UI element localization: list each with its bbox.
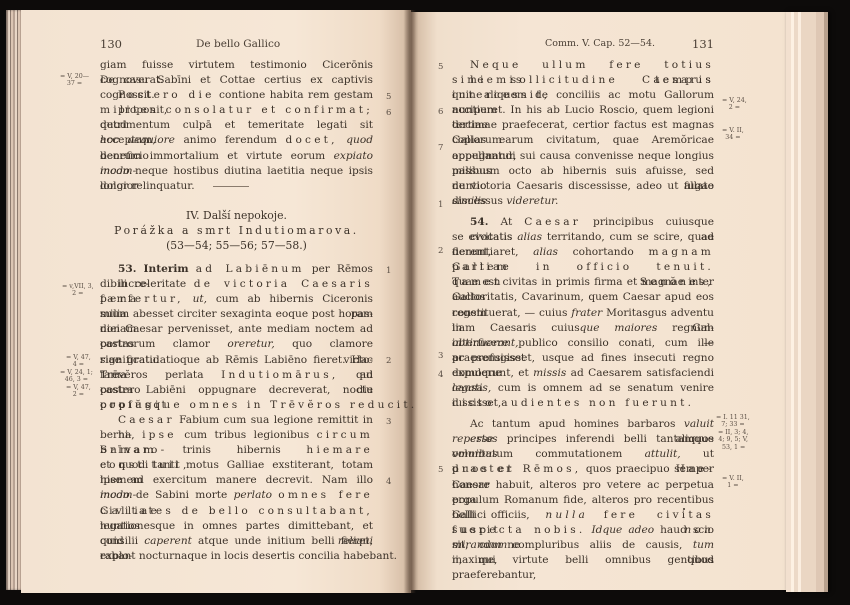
cross-reference: = II, 3; 4, 4; 9, 5; V, [718,429,748,443]
text-line: copias earum civitatum, quae Aremŏricae … [452,133,714,148]
section-heading-title: IV. Další nepokoje. [100,209,373,222]
line-number: 2 [438,246,443,256]
cross-reference: = V, 24, 1; 46, 3 = [60,369,93,383]
right-page-edges [786,12,828,592]
text-line: expulerunt, et missis ad Caesarem satisf… [452,366,714,381]
text-line: brīvam trinis hibernis hiemare constitui… [100,443,373,458]
left-text-bottom: 53. Interim ad Labiēnum per Rēmos incre-… [100,262,373,564]
text-line: legationesque in omnes partes dimitteban… [100,519,373,534]
text-line: consilii caperent atque unde initium bel… [100,534,373,549]
text-line: belli officiis, nulla fere civitas fueri… [452,508,714,523]
text-line: Trēvĕros perlata Indutiomārus, qui poste… [100,368,373,383]
text-line: castrorum clamor oreretur, quo clamore s… [100,337,373,352]
text-line: quin aliquem de conciliis ac motu Gallor… [452,88,714,103]
text-line: dibili celeritate de victoria Caesaris f… [100,277,373,292]
text-line: Ac tantum apud homines barbaros valuit e… [452,417,714,432]
ink-speck [683,508,685,510]
text-line: Postero die contione habita rem gestam p… [100,88,373,103]
section-divider [213,186,249,187]
line-number: 1 [438,200,443,210]
text-line: sine sollicitudine Caesaris intercessit, [452,73,714,88]
cross-reference: = I. 11 31, 7; 33 = [716,414,750,428]
text-line: Caesar habuit, alteros pro vetere ac per… [452,478,714,493]
text-line: constituerat, — cuius frater Moritasgus … [452,306,714,321]
cross-reference: = V, 24, 2 = [722,97,747,111]
text-line: sit, cum compluribus aliis de causis, tu… [452,538,714,553]
text-line: denuntiaret, alias cohortando magnam par… [452,245,714,260]
running-head-left: De bello Gallico [196,38,280,50]
text-line: passuum octo ab hibernis suis afuisse, s… [452,164,714,179]
text-line: et quod tanti motus Galliae exstiterant,… [100,458,373,473]
text-line: se evocatis alias territando, cum se sci… [452,230,714,245]
text-line: civitates de bello consultabant, nuntios [100,504,373,519]
text-line: repertos principes inferendi belli tanta… [452,432,714,447]
text-line: ac profugisset, usque ad fines insecuti … [452,351,714,366]
text-line: 54. At Caesar principibus cuiusque civit… [452,215,714,230]
page-number-right: 131 [692,37,714,51]
text-line: modo de Sabini morte perlato omnes fere … [100,488,373,503]
line-number: 5 [438,465,443,475]
text-line: riae gratulatioque ab Rēmis Labiēno fier… [100,353,373,368]
text-line: populum Romanum fide, alteros pro recent… [452,493,714,508]
text-line: perfertur, ut, cum ab hibernis Ciceronis… [100,292,373,307]
cross-reference: = v,VII, 3, 2 = [62,283,94,297]
line-number: 4 [438,370,443,380]
line-number: 4 [386,477,391,487]
text-line: discessus videretur. [452,194,714,209]
text-line: 53. Interim ad Labiēnum per Rēmos incre- [100,262,373,277]
text-line: De casu Sabīni et Cottae certius ex capt… [100,73,373,88]
book-gutter [404,10,416,593]
line-number: 7 [438,143,443,153]
left-text-top: giam fuisse virtutem testimonio Cicerōni… [100,58,373,194]
text-line: ii, qui virtute belli omnibus gentibus p… [452,553,714,568]
text-line: copiasque omnes in Trēvĕros reducit. [100,398,373,413]
text-line: modo neque hostibus diutina laetitia neq… [100,164,373,179]
text-line: Galliae in officio tenuit. Tamen Senŏnes… [452,260,714,275]
text-line: Neque ullum fere totius hiemis tempus [452,58,714,73]
line-number: 3 [386,417,391,427]
line-number: 5 [386,92,391,102]
left-page-edges [6,10,22,590]
text-line: interficere publico consilio conati, cum… [452,336,714,351]
text-line: Caesar Fabium cum sua legione remittit i… [100,413,373,428]
text-line: suspecta nobis. Idque adeo haud scio mir… [452,523,714,538]
text-line: legatis, cum is omnem ad se senatum veni… [452,381,714,396]
cross-reference: = V. II, 1 = [722,475,744,489]
line-number: 5 [438,62,443,72]
text-line: auctoritatis, Cavarinum, quem Caesar apu… [452,290,714,305]
text-line: voluntatum commutationem attulit, ut pra… [452,447,714,462]
text-line: castra Labiēni oppugnare decreverat, noc… [100,383,373,398]
text-line: rabant nocturnaque in locis desertis con… [100,549,373,564]
text-line: detrimentum culpā et temeritate legati s… [100,118,373,133]
text-line: decimae praefecerat, certior factus est … [452,118,714,133]
text-line: acciperet. In his ab Lucio Roscio, quem … [452,103,714,118]
text-line: dicto audientes non fuerunt. [452,396,714,411]
text-line: quae est civitas in primis firma et magn… [452,275,714,290]
line-number: 3 [438,351,443,361]
text-line: ipse ad exercitum manere decrevit. Nam i… [100,473,373,488]
text-line: oppugnandi sui causa convenisse neque lo… [452,149,714,164]
section-heading-chapters: (53—54; 55—56; 57—58.) [100,239,373,252]
text-line: liam Caesaris cuiusque maiores regnum ob… [452,321,714,336]
text-line: hoc aequiore animo ferendum docet, quod … [100,133,373,148]
text-line: suum abesset circiter sexaginta eoque po… [100,307,373,322]
section-heading-subtitle: Porážka a smrt Indutiomarova. [100,224,373,237]
cross-reference: 53, 1 = [722,444,745,451]
open-book: 130 De bello Gallico giam fuisse virtute… [0,0,850,605]
line-number: 6 [386,108,391,118]
text-line: de victoria Caesaris discessisse, adeo u… [452,179,714,194]
cross-reference: = V, 20— 37 = [60,73,89,87]
text-line: duos et Rēmos, quos praecipuo semper hon… [452,462,714,477]
text-line: giam fuisse virtutem testimonio Cicerōni… [100,58,373,73]
cross-reference: = V, 47, 2 = [66,384,91,398]
line-number: 2 [386,356,391,366]
text-line: milites consolatur et confirmat; quod [100,103,373,118]
running-head-right: Comm. V. Cap. 52—54. [545,38,655,49]
page-number-left: 130 [100,37,122,51]
cross-reference: = V. II, 34 = [722,127,744,141]
right-text: Neque ullum fere totius hiemis tempussin… [452,58,714,568]
cross-reference: = V, 47, 4 = [66,354,91,368]
line-number: 1 [386,266,391,276]
text-line: diei Caesar pervenisset, ante mediam noc… [100,322,373,337]
line-number: 6 [438,107,443,117]
text-line: berna, ipse cum tribus legionibus circum… [100,428,373,443]
text-line: deorum immortalium et virtute eorum expi… [100,149,373,164]
